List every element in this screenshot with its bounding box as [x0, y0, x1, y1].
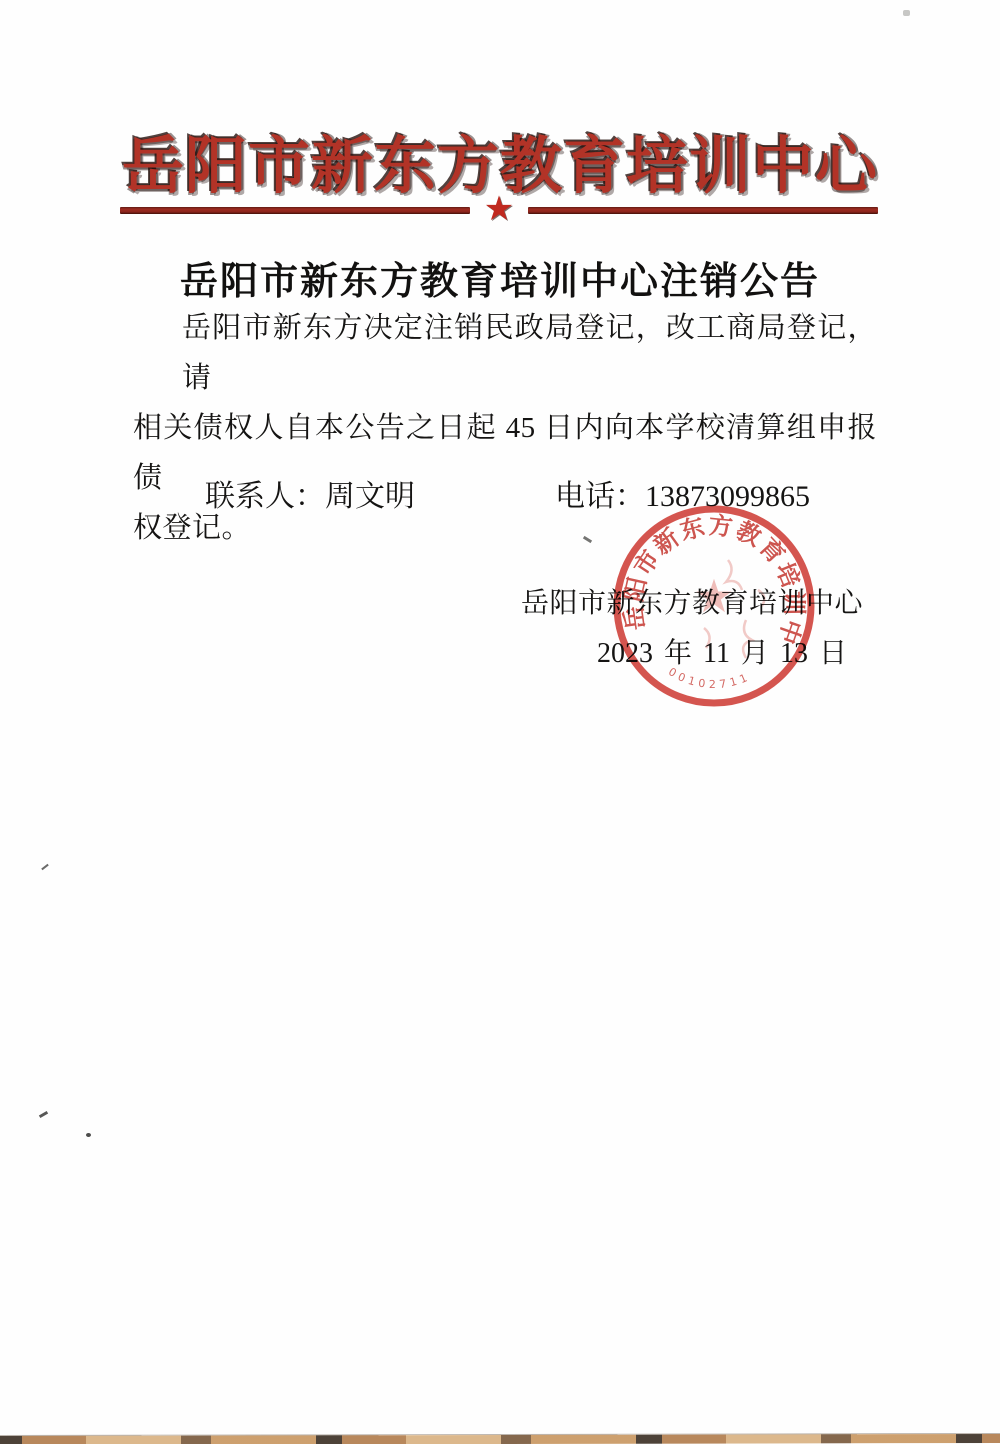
contact-row: 联系人：周文明 电话：13873099865	[0, 471, 1000, 511]
divider-right-rule	[528, 207, 878, 214]
official-seal: ★ 岳阳市新东方教育培训中心 00102711	[608, 500, 820, 712]
seal-code: 00102711	[666, 665, 753, 691]
scan-speck	[903, 10, 910, 16]
scanned-document-page: 岳阳市新东方教育培训中心 ★ 岳阳市新东方教育培训中心注销公告 岳阳市新东方决定…	[0, 0, 1000, 1444]
body-line: 岳阳市新东方决定注销民政局登记，改工商局登记，请	[182, 303, 877, 403]
letterhead-divider: ★	[120, 196, 878, 224]
notice-title: 岳阳市新东方教育培训中心注销公告	[0, 250, 1000, 305]
scan-speck	[41, 864, 49, 871]
divider-left-rule	[120, 207, 470, 214]
scan-bottom-edge	[0, 1434, 1000, 1444]
star-icon: ★	[484, 192, 514, 226]
scan-speck	[39, 1111, 48, 1118]
scan-speck	[86, 1133, 91, 1137]
seal-code-container: 00102711	[666, 665, 753, 691]
contact-person: 联系人：周文明	[205, 471, 415, 515]
